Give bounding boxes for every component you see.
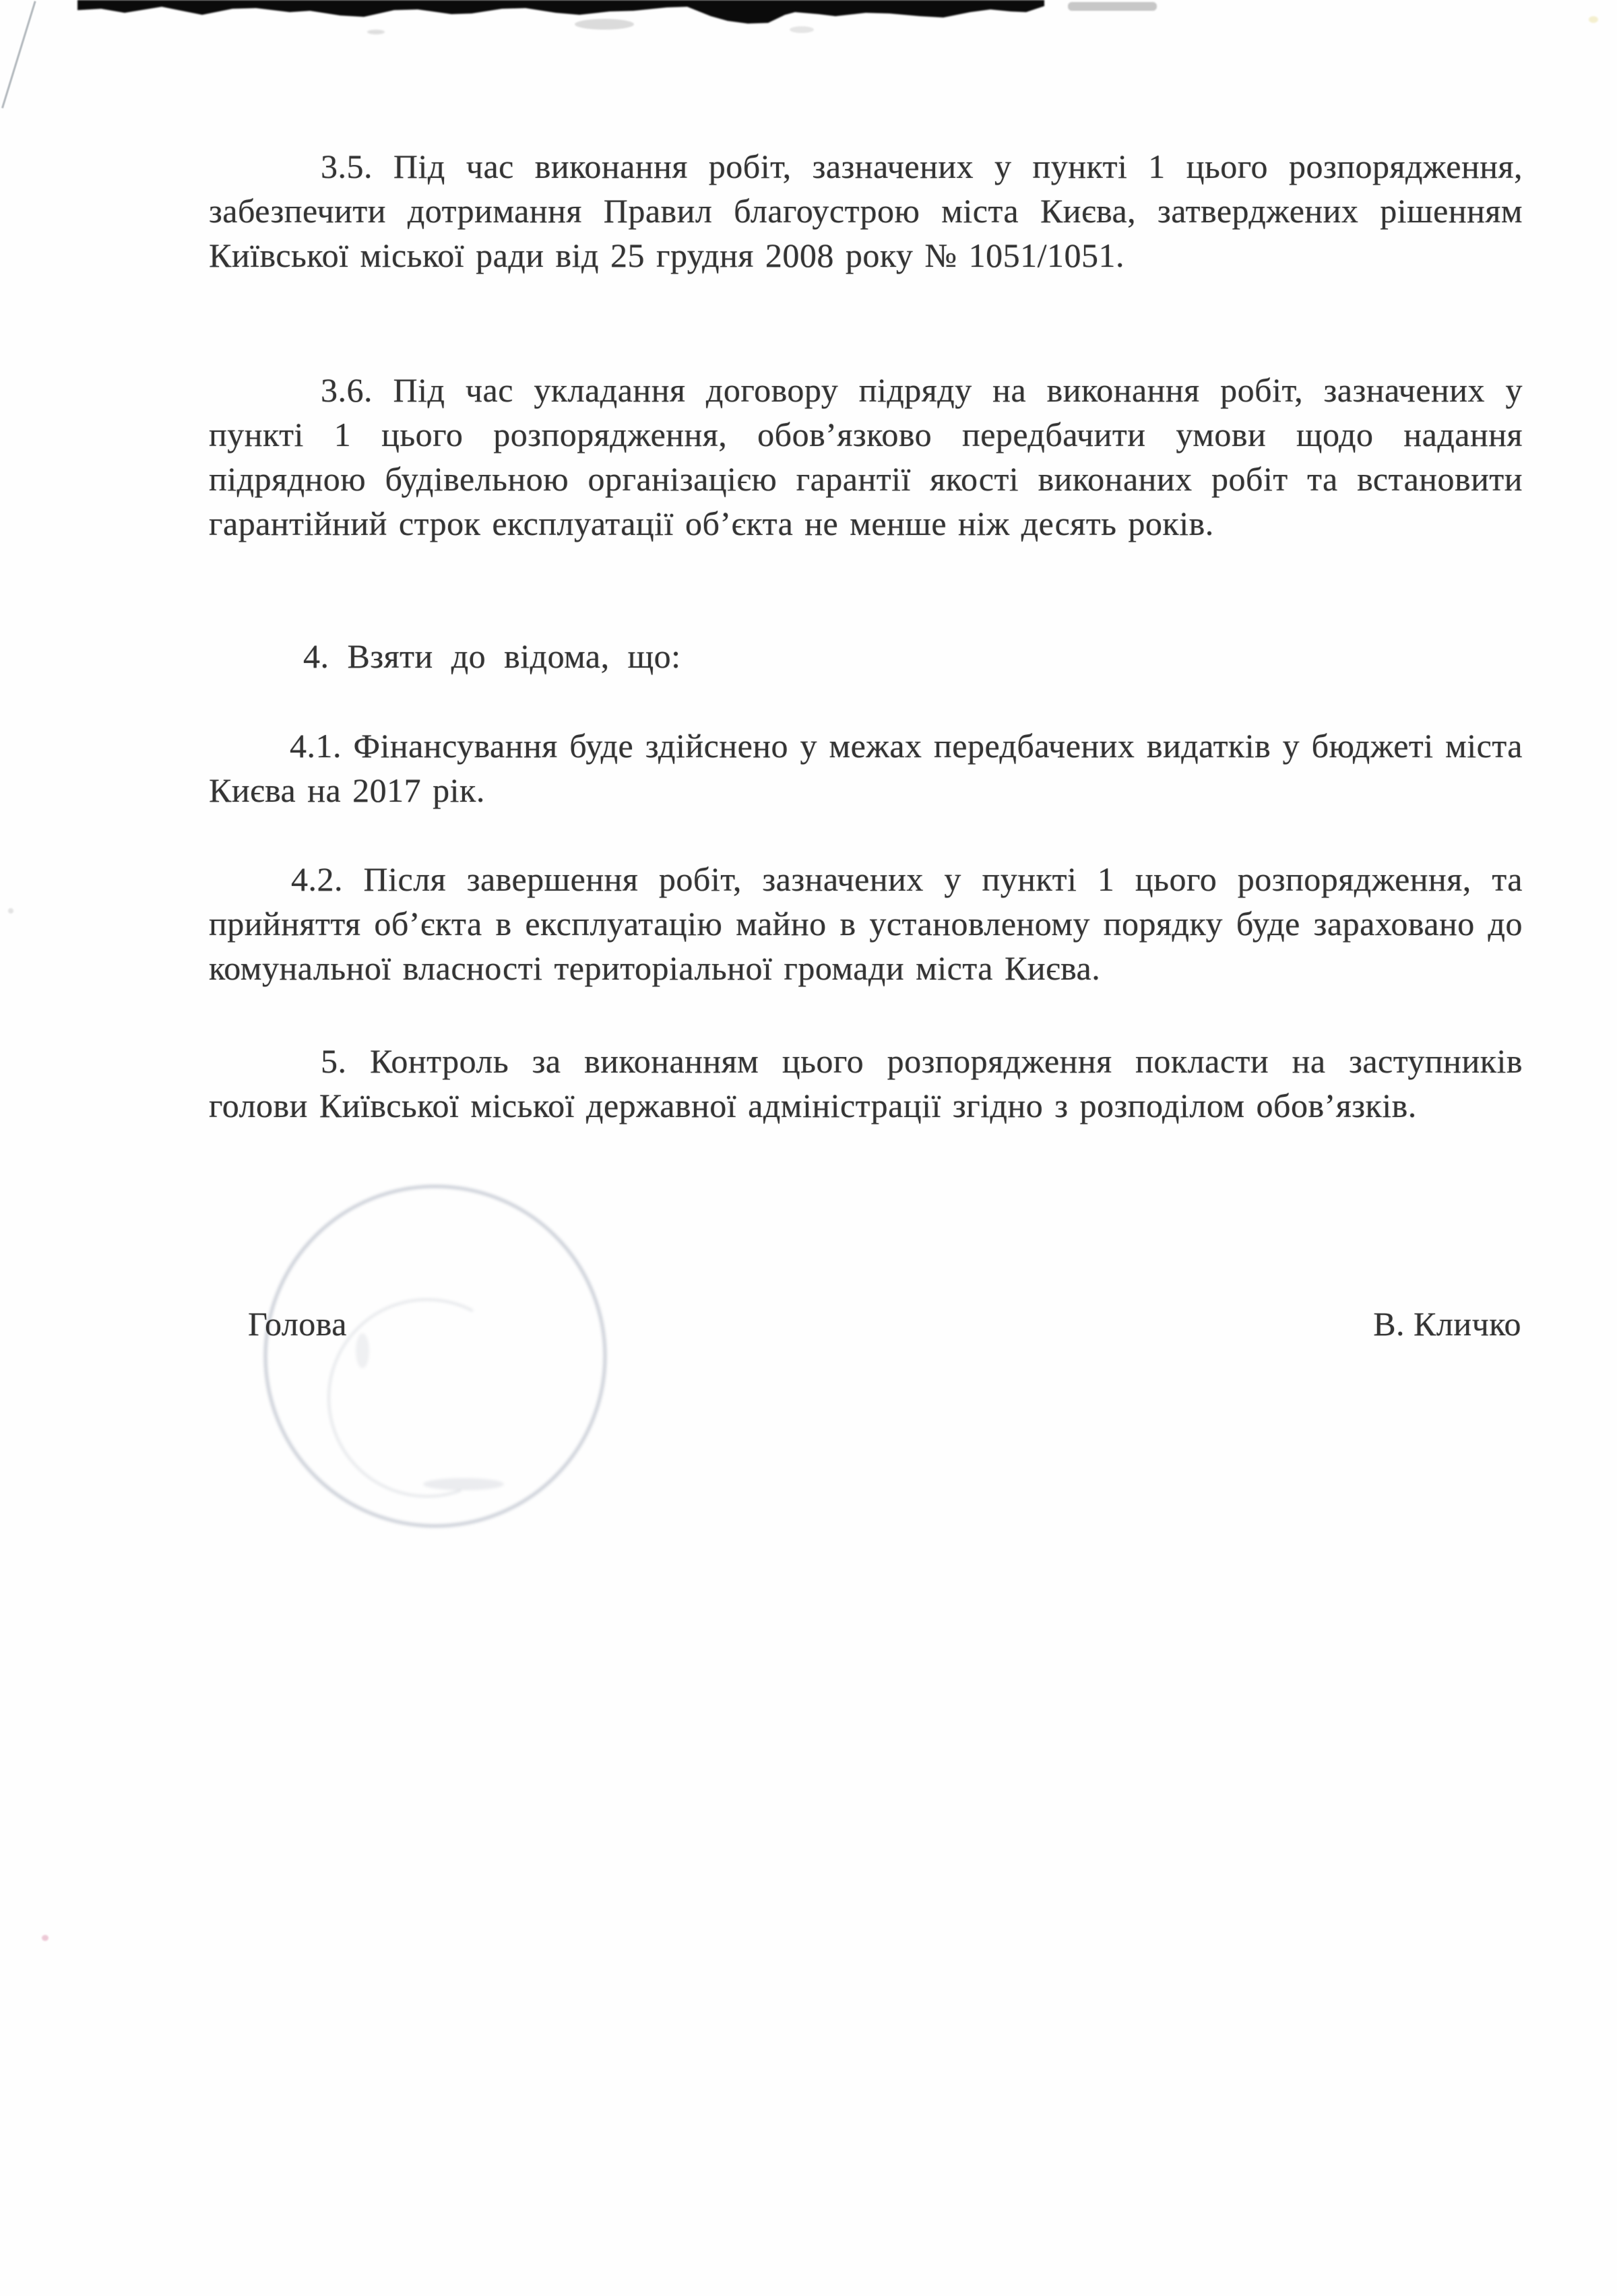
paragraph-4-2: 4.2. Після завершення робіт, зазначених … — [209, 857, 1523, 990]
yellow-paper-speck — [1589, 16, 1598, 23]
signature-name: В. Кличко — [1373, 1302, 1523, 1346]
signature-role: Голова — [209, 1302, 347, 1346]
paragraph-3-6: 3.6. Під час укладання договору підряду … — [209, 368, 1523, 546]
stamp-circle — [261, 1182, 609, 1530]
scan-edge-artifact — [0, 0, 1617, 47]
paragraph-4-heading: 4. Взяти до відома, що: — [209, 634, 1523, 678]
gray-smudge — [367, 30, 385, 34]
paragraph-5: 5. Контроль за виконанням цього розпоряд… — [209, 1039, 1523, 1128]
signature-row: Голова В. Кличко — [209, 1302, 1523, 1346]
paragraph-4-1: 4.1. Фінансування буде здійснено у межах… — [209, 724, 1523, 812]
scanned-page: 3.5. Під час виконання робіт, зазначених… — [0, 0, 1617, 2296]
gray-dot-speck — [8, 908, 13, 914]
pink-ink-speck — [42, 1935, 49, 1941]
paragraph-3-5: 3.5. Під час виконання робіт, зазначених… — [209, 144, 1523, 278]
